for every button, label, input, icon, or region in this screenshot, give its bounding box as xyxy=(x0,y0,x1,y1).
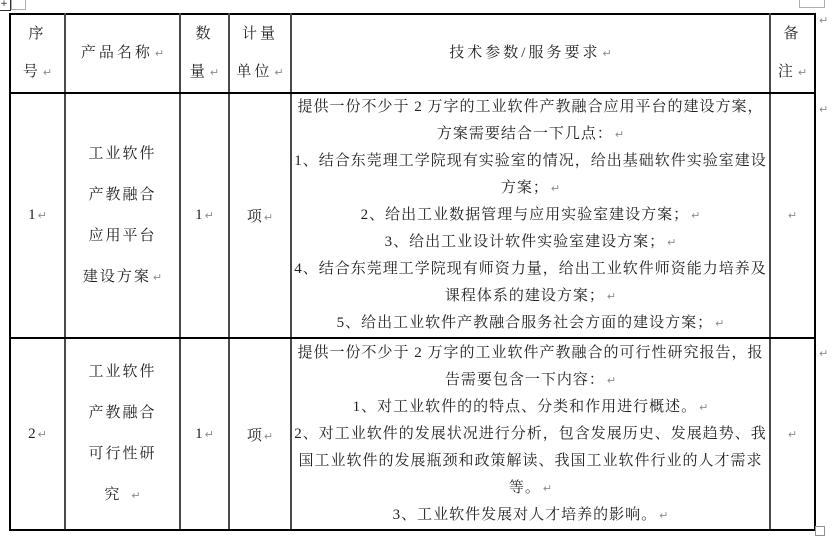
product-line: 工业软件 xyxy=(88,364,156,380)
product-line: 产教融合 xyxy=(88,405,156,421)
paragraph-mark: ↵ xyxy=(262,430,273,443)
paragraph-mark: ↵ xyxy=(203,209,214,222)
header-text: 备 xyxy=(783,26,801,42)
header-text: 量 xyxy=(190,64,208,80)
paragraph-mark: ↵ xyxy=(208,66,219,79)
end-of-row-mark: ↵ xyxy=(819,103,828,116)
paragraph-mark: ↵ xyxy=(151,271,162,284)
remark-cell[interactable]: ↵ xyxy=(770,338,815,530)
header-text: 序 xyxy=(28,26,46,42)
product-line: 究 xyxy=(104,487,121,503)
tech-paragraph: 提供一份不少于 2 万字的工业软件产教融合应用平台的建设方案，方案需要结合一下几… xyxy=(297,99,763,142)
product-name-cell[interactable]: 工业软件 产教融合 应用平台 建设方案↵ xyxy=(65,93,180,338)
serial-value: 2 xyxy=(28,426,36,442)
paragraph-mark: ↵ xyxy=(129,489,140,502)
serial-cell[interactable]: 2↵ xyxy=(10,338,65,530)
tech-paragraph: 1、结合东莞理工学院现有实验室的情况，给出基础软件实验室建设方案； xyxy=(294,153,767,196)
top-right-marker-box xyxy=(799,0,825,8)
quantity-value: 1 xyxy=(195,207,203,223)
serial-cell[interactable]: 1↵ xyxy=(10,93,65,338)
paragraph-mark: ↵ xyxy=(153,47,164,60)
header-text: 注 xyxy=(778,64,796,80)
col-header-product[interactable]: 产品名称↵ xyxy=(65,14,180,93)
quantity-cell[interactable]: 1↵ xyxy=(180,338,229,530)
document-page: + 序 号↵ 产品名称↵ 数 量↵ 计量 单位↵ 技术参数/ xyxy=(0,0,838,539)
serial-value: 1 xyxy=(28,207,36,223)
paragraph-mark: ↵ xyxy=(549,182,560,195)
end-of-row-mark: ↵ xyxy=(819,14,828,27)
col-header-remark[interactable]: 备 注↵ xyxy=(770,14,815,93)
header-text: 计量 xyxy=(242,26,278,42)
header-text: 技术参数/服务要求 xyxy=(449,45,600,61)
anchor-marker-box xyxy=(11,0,26,10)
tech-paragraph: 3、工业软件发展对人才培养的影响。 xyxy=(393,507,658,523)
paragraph-mark: ↵ xyxy=(36,428,47,441)
col-header-quantity[interactable]: 数 量↵ xyxy=(180,14,229,93)
paragraph-mark: ↵ xyxy=(665,236,676,249)
quantity-value: 1 xyxy=(195,426,203,442)
paragraph-mark: ↵ xyxy=(613,128,624,141)
product-line: 产教融合 xyxy=(88,187,156,203)
col-header-serial[interactable]: 序 号↵ xyxy=(10,14,65,93)
tech-requirements-cell[interactable]: 提供一份不少于 2 万字的工业软件产教融合的可行性研究报告，报告需要包含一下内容… xyxy=(291,338,770,530)
paragraph-mark: ↵ xyxy=(262,211,273,224)
header-text: 单位 xyxy=(236,64,272,80)
quantity-cell[interactable]: 1↵ xyxy=(180,93,229,338)
paragraph-mark: ↵ xyxy=(657,509,668,522)
tech-paragraph: 5、给出工业软件产教融合服务社会方面的建设方案； xyxy=(337,315,714,331)
paragraph-mark: ↵ xyxy=(605,374,616,387)
unit-value: 项 xyxy=(247,209,262,225)
paragraph-mark: ↵ xyxy=(605,290,616,303)
paragraph-mark: ↵ xyxy=(541,482,552,495)
table-row: 1↵ 工业软件 产教融合 应用平台 建设方案↵ 1↵ 项↵ 提供一份不少于 2 … xyxy=(10,93,815,338)
header-text: 数 xyxy=(195,26,213,42)
paragraph-mark: ↵ xyxy=(788,209,797,222)
table-row: 2↵ 工业软件 产教融合 可行性研 究↵ 1↵ 项↵ 提供一份不少于 2 万字的… xyxy=(10,338,815,530)
paragraph-mark: ↵ xyxy=(697,401,708,414)
procurement-requirements-table: 序 号↵ 产品名称↵ 数 量↵ 计量 单位↵ 技术参数/服务要求↵ 备 注↵ xyxy=(9,13,816,531)
product-line: 可行性研 xyxy=(88,446,156,462)
paragraph-mark: ↵ xyxy=(41,66,52,79)
paragraph-mark: ↵ xyxy=(689,209,700,222)
move-icon: + xyxy=(0,0,8,9)
tech-paragraph: 4、结合东莞理工学院现有师资力量，给出工业软件师资能力培养及课程体系的建设方案； xyxy=(294,261,767,304)
unit-cell[interactable]: 项↵ xyxy=(229,338,291,530)
header-text: 产品名称 xyxy=(81,45,153,61)
col-header-unit[interactable]: 计量 单位↵ xyxy=(229,14,291,93)
paragraph-mark: ↵ xyxy=(796,66,807,79)
tech-paragraph: 3、给出工业设计软件实验室建设方案； xyxy=(385,234,666,250)
table-move-handle[interactable]: + xyxy=(0,0,11,11)
tech-paragraph: 2、给出工业数据管理与应用实验室建设方案； xyxy=(361,207,690,223)
tech-paragraph: 提供一份不少于 2 万字的工业软件产教融合的可行性研究报告，报告需要包含一下内容… xyxy=(297,345,763,388)
unit-cell[interactable]: 项↵ xyxy=(229,93,291,338)
paragraph-mark: ↵ xyxy=(203,428,214,441)
product-name-cell[interactable]: 工业软件 产教融合 可行性研 究↵ xyxy=(65,338,180,530)
unit-value: 项 xyxy=(247,428,262,444)
col-header-tech[interactable]: 技术参数/服务要求↵ xyxy=(291,14,770,93)
end-of-row-mark: ↵ xyxy=(819,347,828,360)
product-line: 应用平台 xyxy=(88,228,156,244)
table-resize-handle[interactable] xyxy=(815,526,825,536)
table-header-row: 序 号↵ 产品名称↵ 数 量↵ 计量 单位↵ 技术参数/服务要求↵ 备 注↵ xyxy=(10,14,815,93)
remark-cell[interactable]: ↵ xyxy=(770,93,815,338)
product-line: 建设方案 xyxy=(83,269,151,285)
header-text: 号 xyxy=(23,64,41,80)
paragraph-mark: ↵ xyxy=(272,66,283,79)
tech-paragraph: 2、对工业软件的发展状况进行分析，包含发展历史、发展趋势、我国工业软件的发展瓶颈… xyxy=(294,426,767,496)
paragraph-mark: ↵ xyxy=(600,47,611,60)
product-line: 工业软件 xyxy=(88,146,156,162)
tech-paragraph: 1、对工业软件的的特点、分类和作用进行概述。 xyxy=(353,399,698,415)
paragraph-mark: ↵ xyxy=(788,428,797,441)
tech-requirements-cell[interactable]: 提供一份不少于 2 万字的工业软件产教融合应用平台的建设方案，方案需要结合一下几… xyxy=(291,93,770,338)
paragraph-mark: ↵ xyxy=(713,317,724,330)
paragraph-mark: ↵ xyxy=(36,209,47,222)
